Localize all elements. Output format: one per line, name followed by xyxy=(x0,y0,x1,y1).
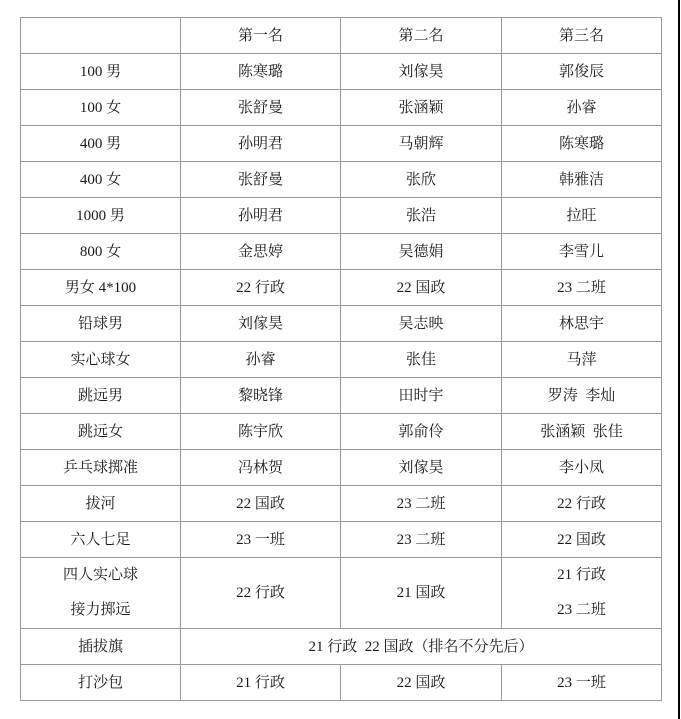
third-place-line-2: 23 二班 xyxy=(502,593,661,628)
table-row: 400 女 张舒曼 张欣 韩雅洁 xyxy=(21,162,662,198)
merged-result-cell: 21 行政 22 国政（排名不分先后） xyxy=(181,629,662,665)
third-place-cell: 韩雅洁 xyxy=(502,162,662,198)
event-cell: 插拔旗 xyxy=(21,629,181,665)
third-place-cell: 罗涛 李灿 xyxy=(502,378,662,414)
table-row: 拔河 22 国政 23 二班 22 行政 xyxy=(21,486,662,522)
table-row: 100 女 张舒曼 张涵颖 孙睿 xyxy=(21,90,662,126)
third-place-cell: 马萍 xyxy=(502,342,662,378)
first-place-cell: 孙明君 xyxy=(181,126,341,162)
second-place-cell: 刘傢昊 xyxy=(341,54,502,90)
event-cell: 1000 男 xyxy=(21,198,181,234)
third-place-cell: 张涵颖 张佳 xyxy=(502,414,662,450)
header-row: 第一名 第二名 第三名 xyxy=(21,18,662,54)
first-place-cell: 张舒曼 xyxy=(181,90,341,126)
first-place-cell: 22 行政 xyxy=(181,270,341,306)
table-row: 六人七足 23 一班 23 二班 22 国政 xyxy=(21,522,662,558)
second-place-cell: 田时宇 xyxy=(341,378,502,414)
table-row: 跳远女 陈宇欣 郭俞伶 张涵颖 张佳 xyxy=(21,414,662,450)
first-place-cell: 23 一班 xyxy=(181,522,341,558)
first-place-cell: 陈宇欣 xyxy=(181,414,341,450)
second-place-cell: 22 国政 xyxy=(341,665,502,701)
table-row: 1000 男 孙明君 张浩 拉旺 xyxy=(21,198,662,234)
third-place-cell: 拉旺 xyxy=(502,198,662,234)
header-cell-event xyxy=(21,18,181,54)
event-line-1: 四人实心球 xyxy=(21,558,180,593)
table-row: 100 男 陈寒璐 刘傢昊 郭俊辰 xyxy=(21,54,662,90)
second-place-cell: 吴志映 xyxy=(341,306,502,342)
first-place-cell: 张舒曼 xyxy=(181,162,341,198)
table-row: 铅球男 刘傢昊 吴志映 林思宇 xyxy=(21,306,662,342)
third-place-cell: 23 一班 xyxy=(502,665,662,701)
event-cell: 跳远男 xyxy=(21,378,181,414)
table-row: 跳远男 黎晓锋 田时宇 罗涛 李灿 xyxy=(21,378,662,414)
third-place-cell: 21 行政 23 二班 xyxy=(502,558,662,629)
first-place-cell: 金思婷 xyxy=(181,234,341,270)
header-cell-first: 第一名 xyxy=(181,18,341,54)
header-cell-second: 第二名 xyxy=(341,18,502,54)
second-place-cell: 郭俞伶 xyxy=(341,414,502,450)
event-cell: 打沙包 xyxy=(21,665,181,701)
second-place-cell: 刘傢昊 xyxy=(341,450,502,486)
header-cell-third: 第三名 xyxy=(502,18,662,54)
event-cell: 拔河 xyxy=(21,486,181,522)
third-place-cell: 陈寒璐 xyxy=(502,126,662,162)
first-place-cell: 陈寒璐 xyxy=(181,54,341,90)
first-place-cell: 黎晓锋 xyxy=(181,378,341,414)
table-row: 400 男 孙明君 马朝辉 陈寒璐 xyxy=(21,126,662,162)
event-cell: 乒乓球掷准 xyxy=(21,450,181,486)
table-row: 打沙包 21 行政 22 国政 23 一班 xyxy=(21,665,662,701)
event-cell: 六人七足 xyxy=(21,522,181,558)
first-place-cell: 22 行政 xyxy=(181,558,341,629)
event-cell: 100 男 xyxy=(21,54,181,90)
second-place-cell: 张欣 xyxy=(341,162,502,198)
first-place-cell: 刘傢昊 xyxy=(181,306,341,342)
table-row: 实心球女 孙睿 张佳 马萍 xyxy=(21,342,662,378)
first-place-cell: 孙明君 xyxy=(181,198,341,234)
third-place-cell: 李雪儿 xyxy=(502,234,662,270)
first-place-cell: 孙睿 xyxy=(181,342,341,378)
page-edge-line xyxy=(678,0,680,719)
results-table: 第一名 第二名 第三名 100 男 陈寒璐 刘傢昊 郭俊辰 100 女 张舒曼 … xyxy=(20,17,662,701)
event-cell: 400 女 xyxy=(21,162,181,198)
table-row-flag: 插拔旗 21 行政 22 国政（排名不分先后） xyxy=(21,629,662,665)
third-place-cell: 郭俊辰 xyxy=(502,54,662,90)
table-row: 男女 4*100 22 行政 22 国政 23 二班 xyxy=(21,270,662,306)
first-place-cell: 21 行政 xyxy=(181,665,341,701)
event-cell: 跳远女 xyxy=(21,414,181,450)
third-place-line-1: 21 行政 xyxy=(502,558,661,593)
third-place-cell: 孙睿 xyxy=(502,90,662,126)
event-cell: 实心球女 xyxy=(21,342,181,378)
third-place-cell: 22 国政 xyxy=(502,522,662,558)
second-place-cell: 马朝辉 xyxy=(341,126,502,162)
table-row-relay: 四人实心球 接力掷远 22 行政 21 国政 21 行政 23 二班 xyxy=(21,558,662,629)
third-place-cell: 23 二班 xyxy=(502,270,662,306)
second-place-cell: 22 国政 xyxy=(341,270,502,306)
first-place-cell: 22 国政 xyxy=(181,486,341,522)
second-place-cell: 23 二班 xyxy=(341,486,502,522)
event-cell: 800 女 xyxy=(21,234,181,270)
second-place-cell: 张浩 xyxy=(341,198,502,234)
table-row: 800 女 金思婷 吴德娟 李雪儿 xyxy=(21,234,662,270)
event-cell: 铅球男 xyxy=(21,306,181,342)
event-cell: 100 女 xyxy=(21,90,181,126)
event-cell: 400 男 xyxy=(21,126,181,162)
third-place-cell: 22 行政 xyxy=(502,486,662,522)
third-place-cell: 李小凤 xyxy=(502,450,662,486)
event-cell: 四人实心球 接力掷远 xyxy=(21,558,181,629)
second-place-cell: 张涵颖 xyxy=(341,90,502,126)
first-place-cell: 冯林贺 xyxy=(181,450,341,486)
second-place-cell: 23 二班 xyxy=(341,522,502,558)
second-place-cell: 吴德娟 xyxy=(341,234,502,270)
third-place-cell: 林思宇 xyxy=(502,306,662,342)
event-cell: 男女 4*100 xyxy=(21,270,181,306)
second-place-cell: 张佳 xyxy=(341,342,502,378)
second-place-cell: 21 国政 xyxy=(341,558,502,629)
table-row: 乒乓球掷准 冯林贺 刘傢昊 李小凤 xyxy=(21,450,662,486)
event-line-2: 接力掷远 xyxy=(21,593,180,628)
